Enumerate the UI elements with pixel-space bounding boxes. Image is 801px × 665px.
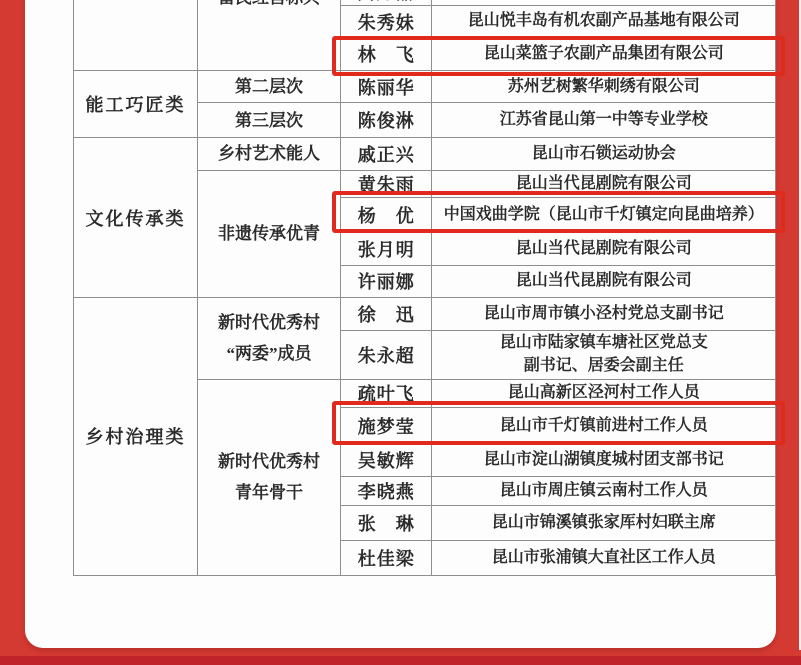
org-cell: 昆山菜篮子农副产品集团有限公司 — [432, 38, 776, 71]
org-cell: 中国戏曲学院（昆山市千灯镇定向昆曲培养） — [432, 197, 776, 232]
name-cell: 林 飞 — [340, 38, 431, 71]
name-cell: 张月明 — [340, 232, 431, 265]
name-cell: 杜佳梁 — [340, 540, 431, 575]
name-cell: 朱永超 — [340, 330, 431, 379]
org-cell: 江苏省昆山第一中等专业学校 — [432, 103, 776, 138]
subcategory-cell: 富民经营标兵 — [197, 0, 340, 71]
category-cell: 能工巧匠类 — [74, 71, 198, 138]
org-cell: 昆山当代昆剧院有限公司 — [432, 232, 776, 265]
name-cell: 吴敏辉 — [340, 444, 431, 476]
name-cell: 张 琳 — [340, 505, 431, 540]
bottom-red-strip — [0, 656, 801, 665]
category-cell — [74, 0, 198, 71]
name-cell: 黄朱雨 — [340, 170, 431, 197]
subcategory-cell: 新时代优秀村 青年骨干 — [197, 379, 340, 575]
subcategory-cell: 第二层次 — [197, 71, 340, 103]
org-cell: 昆山当代昆剧院有限公司 — [432, 170, 776, 197]
name-cell: 施梦莹 — [340, 407, 431, 444]
org-cell: 昆山市周市镇小泾村党总支副书记 — [432, 297, 776, 330]
table-row: 能工巧匠类 第二层次 陈丽华 苏州艺树繁华刺绣有限公司 — [74, 71, 776, 103]
subcategory-cell: 乡村艺术能人 — [197, 138, 340, 170]
org-cell: 昆山市陆家镇车塘社区党总支 副书记、居委会副主任 — [432, 330, 776, 379]
table-row: 文化传承类 乡村艺术能人 戚正兴 昆山市石锁运动协会 — [74, 138, 776, 170]
org-cell: 昆山市千灯镇前进村工作人员 — [432, 407, 776, 444]
subcategory-cell: 非遗传承优青 — [197, 170, 340, 297]
org-cell: 昆山高新区泾河村工作人员 — [432, 379, 776, 407]
org-cell: 昆山悦丰岛有机农副产品基地有限公司 — [432, 6, 776, 38]
subcategory-cell: 新时代优秀村 “两委”成员 — [197, 297, 340, 379]
document-card: 富民经营标兵 陶万丽 昆山益点田农业发展有限公司 朱秀妹 昆山悦丰岛有机农副产品… — [25, 0, 776, 648]
org-cell: 昆山市张浦镇大直社区工作人员 — [432, 540, 776, 575]
name-cell: 李晓燕 — [340, 476, 431, 505]
category-cell: 文化传承类 — [74, 138, 198, 297]
category-cell: 乡村治理类 — [74, 297, 198, 575]
awards-table: 富民经营标兵 陶万丽 昆山益点田农业发展有限公司 朱秀妹 昆山悦丰岛有机农副产品… — [73, 0, 776, 576]
org-cell: 昆山市石锁运动协会 — [432, 138, 776, 170]
org-cell: 昆山市周庄镇云南村工作人员 — [432, 476, 776, 505]
table-row: 乡村治理类 新时代优秀村 “两委”成员 徐 迅 昆山市周市镇小泾村党总支副书记 — [74, 297, 776, 330]
name-cell: 杨 优 — [340, 197, 431, 232]
name-cell: 戚正兴 — [340, 138, 431, 170]
subcategory-cell: 第三层次 — [197, 103, 340, 138]
name-cell: 疏叶飞 — [340, 379, 431, 407]
name-cell: 许丽娜 — [340, 265, 431, 297]
org-cell: 苏州艺树繁华刺绣有限公司 — [432, 71, 776, 103]
name-cell: 徐 迅 — [340, 297, 431, 330]
name-cell: 陈丽华 — [340, 71, 431, 103]
name-cell: 陈俊淋 — [340, 103, 431, 138]
org-cell: 昆山市淀山湖镇度城村团支部书记 — [432, 444, 776, 476]
org-cell: 昆山当代昆剧院有限公司 — [432, 265, 776, 297]
name-cell: 朱秀妹 — [340, 6, 431, 38]
org-cell: 昆山市锦溪镇张家厍村妇联主席 — [432, 505, 776, 540]
